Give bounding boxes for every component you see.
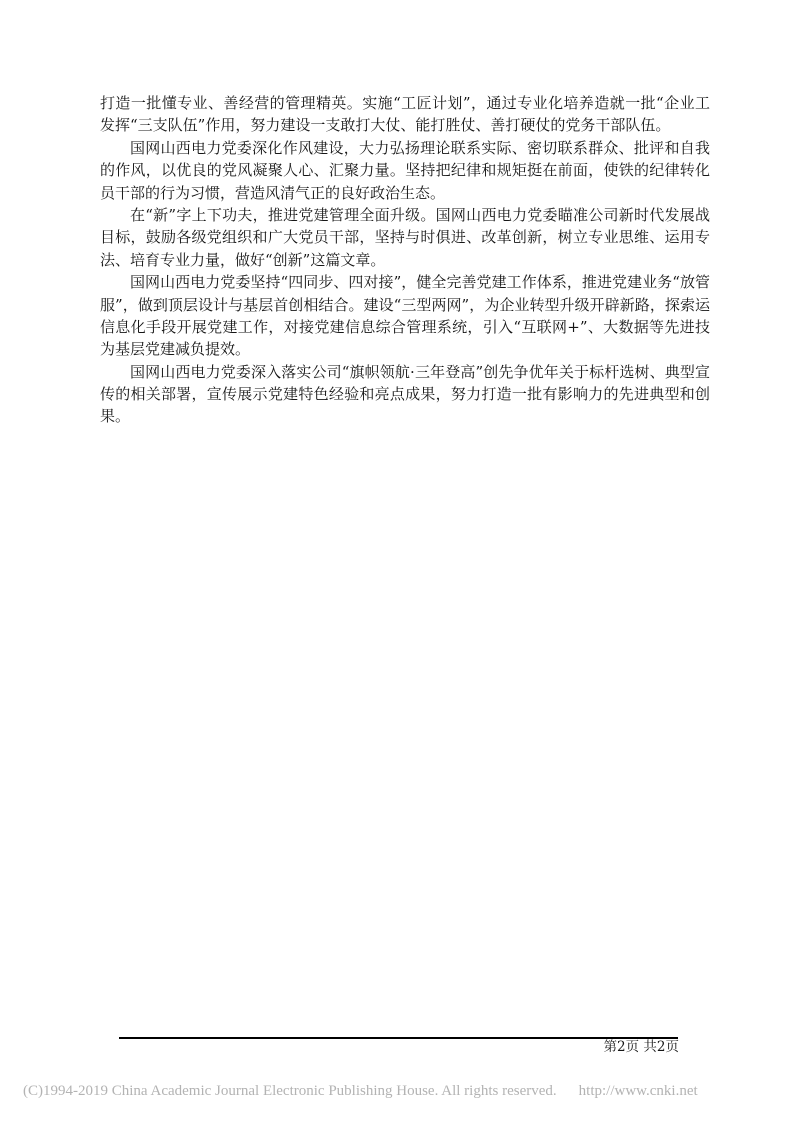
text-line: 法、培育专业力量，做好“创新”这篇文章。 [100, 249, 710, 271]
text-line: 服”，做到顶层设计与基层首创相结合。建设“三型两网”，为企业转型升级开辟新路，探… [100, 294, 710, 316]
page-number-indicator: 第2页 共2页 [604, 1039, 679, 1056]
text-line: 国网山西电力党委深化作风建设，大力弘扬理论联系实际、密切联系群众、批评和自我批评 [100, 137, 710, 159]
text-line: 的作风，以优良的党风凝聚人心、汇聚力量。坚持把纪律和规矩挺在前面，使铁的纪律转化… [100, 159, 710, 181]
text-line: 员干部的行为习惯，营造风清气正的良好政治生态。 [100, 182, 710, 204]
text-line: 果。 [100, 405, 710, 427]
text-line: 打造一批懂专业、善经营的管理精英。实施“工匠计划”，通过专业化培养造就一批“企业… [100, 92, 710, 114]
copyright-text: (C)1994-2019 China Academic Journal Elec… [23, 1083, 557, 1099]
document-page: 打造一批懂专业、善经营的管理精英。实施“工匠计划”，通过专业化培养造就一批“企业… [0, 0, 793, 1122]
footer-divider [119, 1037, 678, 1039]
text-line: 国网山西电力党委深入落实公司“旗帜领航·三年登高”创先争优年关于标杆选树、典型宣 [100, 361, 710, 383]
text-line: 发挥“三支队伍”作用，努力建设一支敢打大仗、能打胜仗、善打硬仗的党务干部队伍。 [100, 114, 710, 136]
text-line: 目标，鼓励各级党组织和广大党员干部，坚持与时俱进、改革创新，树立专业思维、运用专… [100, 226, 710, 248]
text-line: 国网山西电力党委坚持“四同步、四对接”，健全完善党建工作体系，推进党建业务“放管 [100, 271, 710, 293]
copyright-url: http://www.cnki.net [579, 1083, 698, 1099]
text-line: 传的相关部署，宣传展示党建特色经验和亮点成果，努力打造一批有影响力的先进典型和创… [100, 383, 710, 405]
copyright-watermark: (C)1994-2019 China Academic Journal Elec… [23, 1082, 783, 1101]
text-line: 为基层党建减负提效。 [100, 338, 710, 360]
text-line: 信息化手段开展党建工作，对接党建信息综合管理系统，引入“互联网+”、大数据等先进… [100, 316, 710, 338]
article-body: 打造一批懂专业、善经营的管理精英。实施“工匠计划”，通过专业化培养造就一批“企业… [100, 92, 710, 428]
text-line: 在“新”字上下功夫，推进党建管理全面升级。国网山西电力党委瞄准公司新时代发展战略 [100, 204, 710, 226]
